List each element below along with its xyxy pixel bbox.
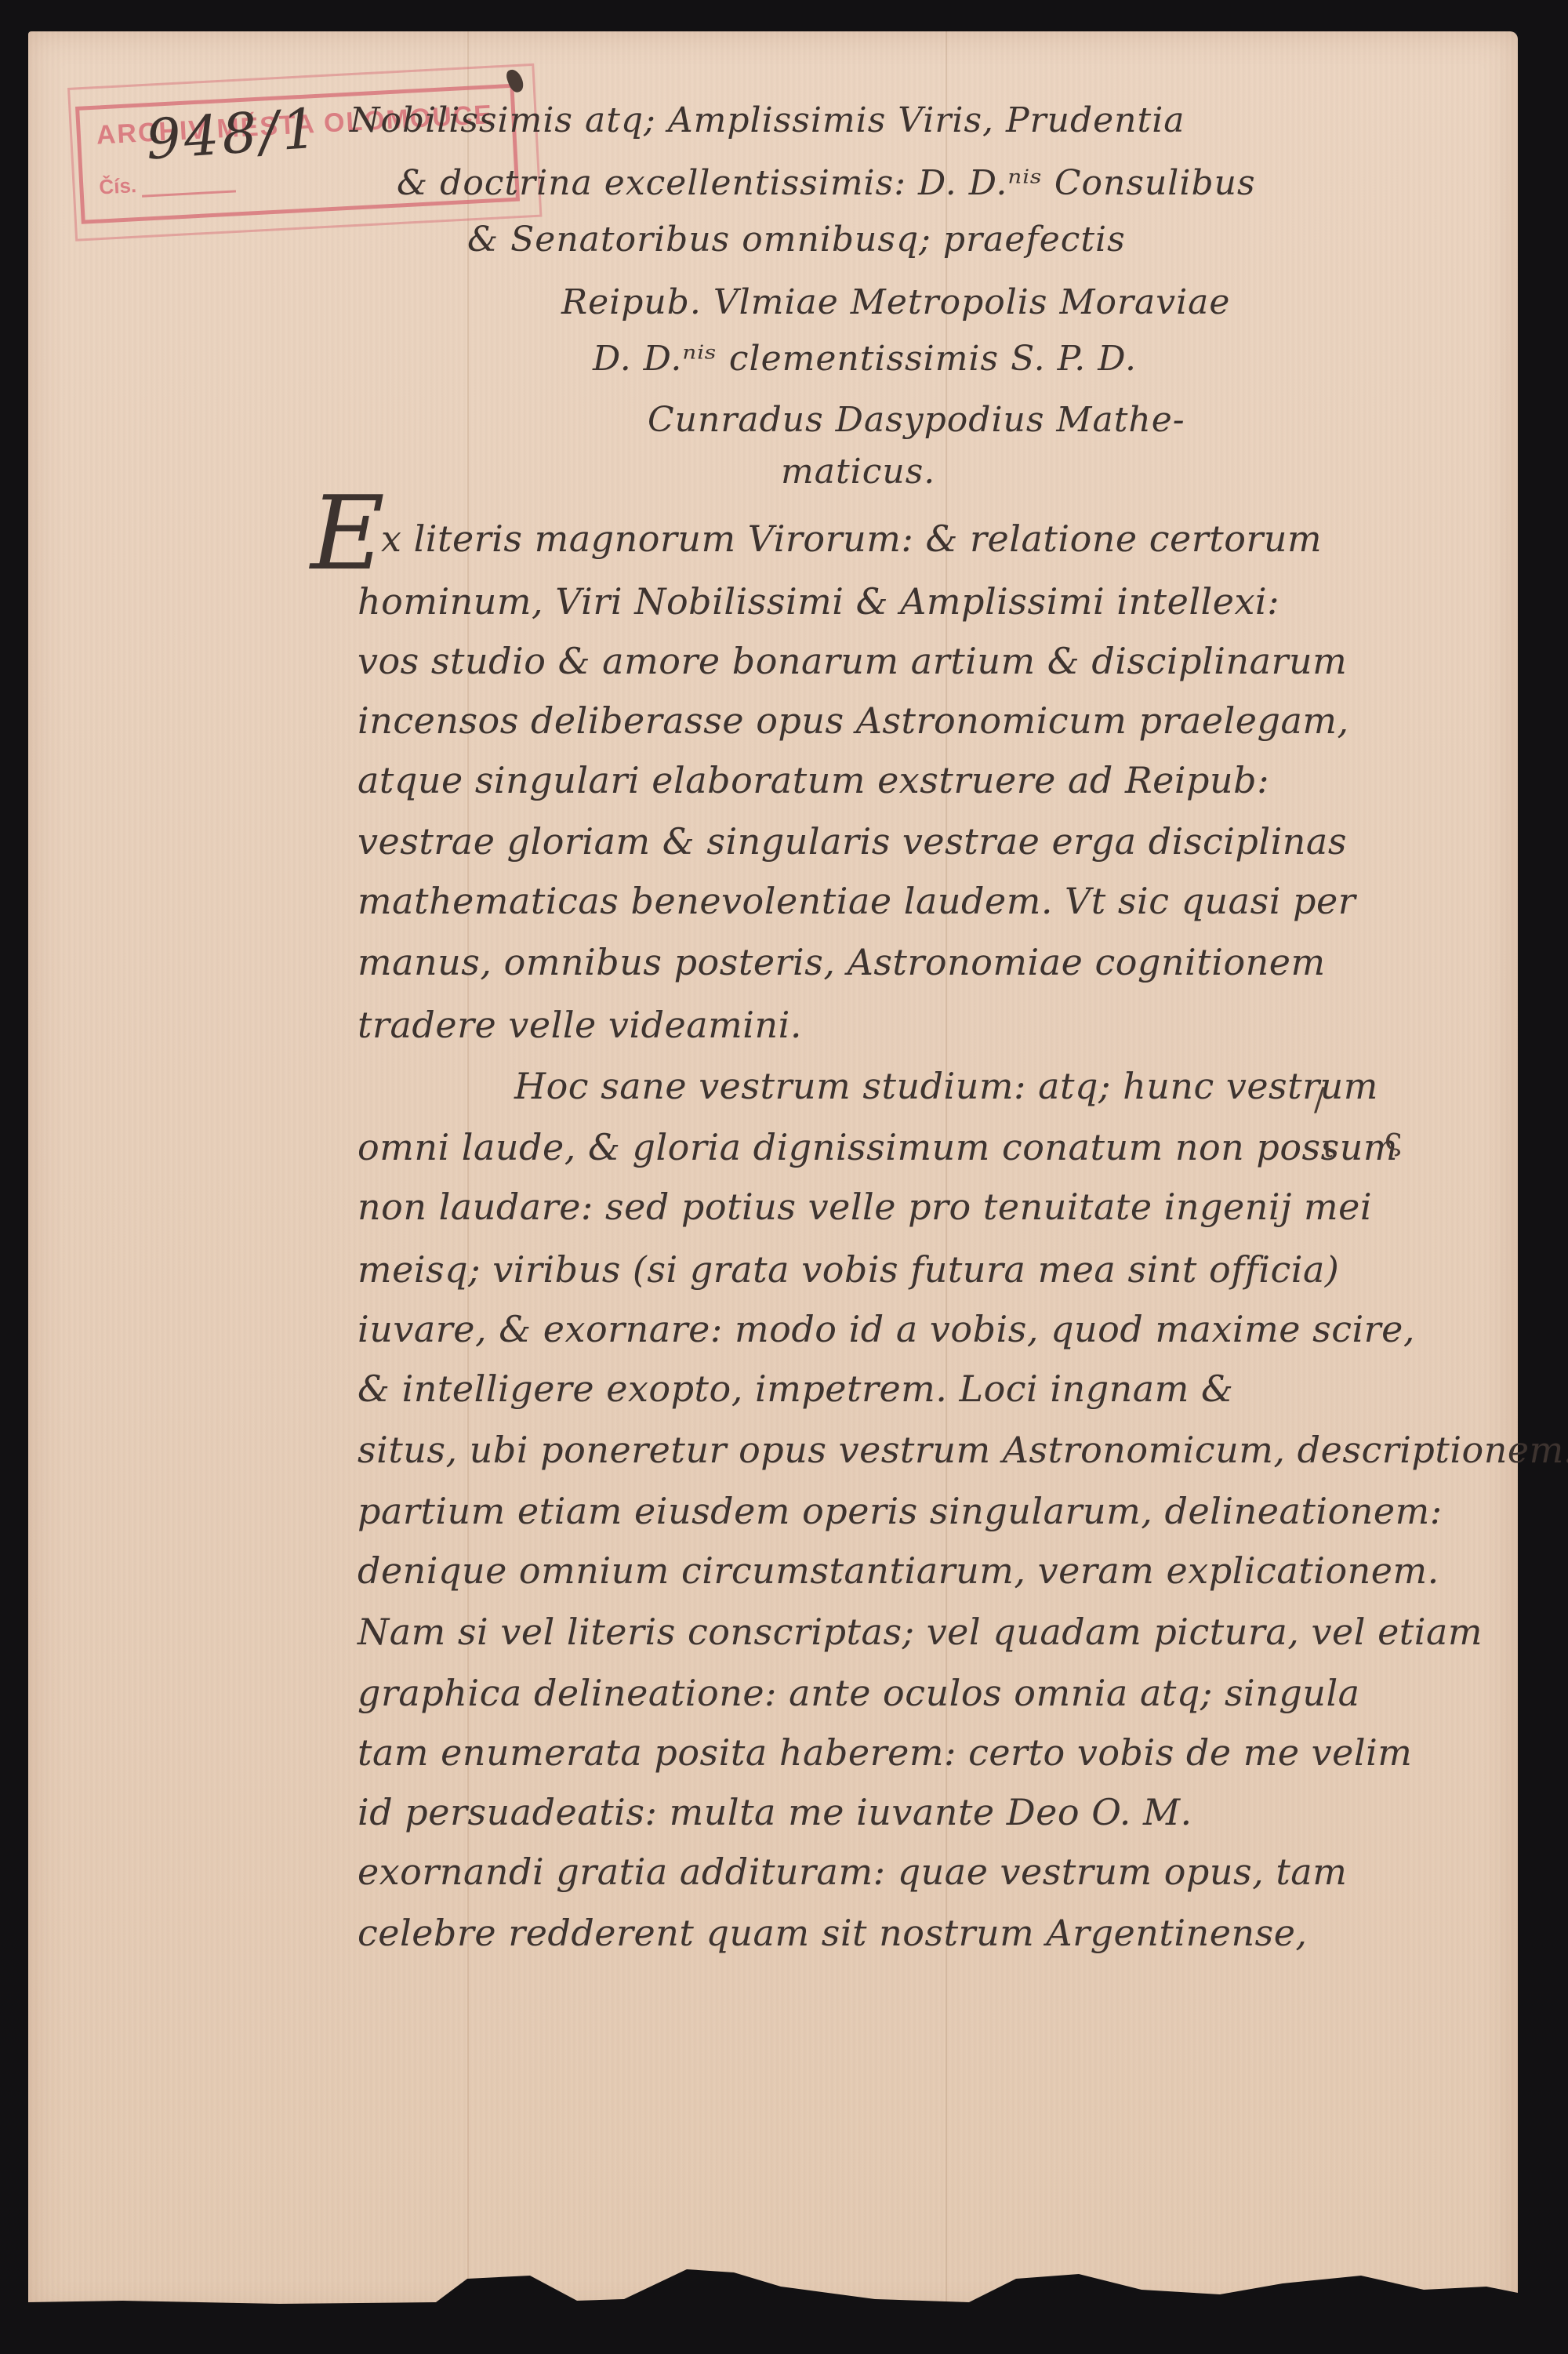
body-line: partium etiam eiusdem operis singularum,… (358, 1490, 1443, 1532)
body-line: situs, ubi poneretur opus vestrum Astron… (358, 1429, 1568, 1471)
body-line: x literis magnorum Virorum: & relatione … (381, 518, 1322, 560)
body-line: denique omnium circumstantiarum, veram e… (358, 1549, 1439, 1592)
heading-line: Nobilissimis atq; Amplissimis Viris, Pru… (350, 100, 1185, 140)
heading-line: & Senatoribus omnibusq; praefectis (467, 220, 1126, 260)
decorated-initial: E (310, 482, 385, 584)
heading-line: & doctrina excellentissimis: D. D.ⁿⁱˢ Co… (397, 163, 1256, 203)
body-line: id persuadeatis: multa me iuvante Deo O.… (358, 1791, 1192, 1833)
fold-line (467, 31, 469, 2315)
body-line: Nam si vel literis conscriptas; vel quad… (358, 1611, 1483, 1653)
torn-edge (28, 2255, 1518, 2318)
heading-line: Cunradus Dasypodius Mathe- (648, 400, 1185, 440)
body-line: exornandi gratia addituram: quae vestrum… (358, 1851, 1347, 1893)
body-line: celebre redderent quam sit nostrum Argen… (358, 1912, 1308, 1954)
body-line: tam enumerata posita haberem: certo vobi… (358, 1731, 1412, 1774)
body-line: hominum, Viri Nobilissimi & Amplissimi i… (358, 580, 1279, 623)
heading-line: Reipub. Vlmiae Metropolis Moraviae (561, 282, 1230, 322)
body-line: non laudare: sed potius velle pro tenuit… (358, 1186, 1372, 1228)
body-line: meisq; viribus (si grata vobis futura me… (358, 1248, 1339, 1291)
body-line: vos studio & amore bonarum artium & disc… (358, 640, 1347, 682)
stamp-cis-label: Čís. (99, 173, 137, 199)
body-line: iuvare, & exornare: modo id a vobis, quo… (358, 1308, 1415, 1350)
margin-mark: ι (1322, 1129, 1334, 1165)
body-line: omni laude, & gloria dignissimum conatum… (358, 1126, 1398, 1168)
stamp-underline (142, 190, 236, 197)
body-line: incensos deliberasse opus Astronomicum p… (358, 699, 1349, 742)
archive-number: 948/1 (143, 96, 321, 172)
heading-line: maticus. (781, 452, 935, 492)
body-line: tradere velle videamini. (358, 1004, 802, 1046)
margin-mark: / (1314, 1082, 1324, 1118)
heading-line: D. D.ⁿⁱˢ clementissimis S. P. D. (593, 339, 1137, 379)
manuscript-page: ARCHIV MĚSTA OLOMOUCE Čís. 948/1 Nobilis… (28, 31, 1518, 2315)
body-line: graphica delineatione: ante oculos omnia… (358, 1672, 1360, 1714)
body-line: manus, omnibus posteris, Astronomiae cog… (358, 941, 1326, 983)
body-line: atque singulari elaboratum exstruere ad … (358, 759, 1269, 801)
body-line: mathematicas benevolentiae laudem. Vt si… (358, 880, 1356, 922)
margin-mark: ς (1385, 1121, 1402, 1157)
body-line: Hoc sane vestrum studium: atq; hunc vest… (514, 1065, 1378, 1107)
body-line: vestrae gloriam & singularis vestrae erg… (358, 820, 1347, 863)
body-line: & intelligere exopto, impetrem. Loci ing… (358, 1368, 1233, 1410)
